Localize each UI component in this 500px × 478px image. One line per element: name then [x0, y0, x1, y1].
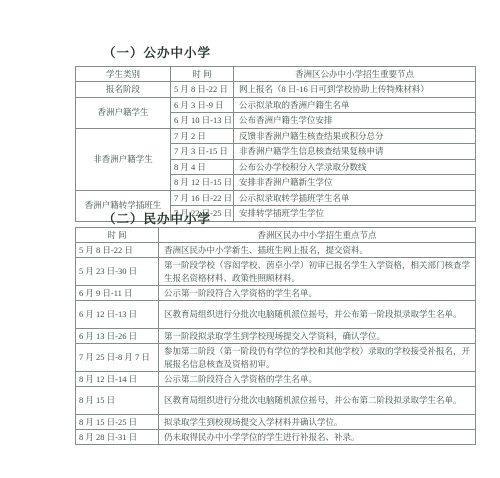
section-title-public-schools: （一）公办中小学 — [103, 43, 211, 61]
cell-item: 公布公办学校积分入学录取分数线 — [234, 159, 476, 175]
cell-item: 拟录取学生到校现场提交入学材料并确认学位。 — [159, 415, 476, 430]
cell-item: 非香洲户籍学生信息核查结果复核申请 — [234, 144, 476, 160]
cell-time: 7 月 3 日-15 日 — [171, 144, 234, 160]
cell-time: 6 月 13 日-26 日 — [76, 329, 159, 344]
cell-time: 8 月 12 日-14 日 — [76, 372, 159, 387]
cell-item: 第一阶段拟录取学生到学校现场提交入学资料，确认学位。 — [159, 329, 476, 344]
column-header-key-points: 香洲区民办中小学招生重点节点 — [159, 228, 476, 243]
cell-time: 8 月 15 日 — [76, 387, 159, 415]
table-row: 非香洲户籍学生 7 月 2 日 反馈非香洲户籍生核查结果或积分总分 — [76, 128, 476, 144]
cell-item: 第一阶段学校（容闳学校、茵卓小学）初审已报名学生入学资格，相关部门核查学生报名资… — [159, 258, 476, 286]
table-row: 报名阶段 5 月 8 日-22 日 网上报名（8 日-16 日可到学校协助上传特… — [76, 82, 476, 98]
cell-item: 公示第一阶段符合入学资格的学生名单。 — [159, 286, 476, 301]
cell-time: 5 月 8 日-22 日 — [76, 243, 159, 258]
cell-time: 8 月 28 日-31 日 — [76, 430, 159, 445]
private-schools-schedule-table: 时 间 香洲区民办中小学招生重点节点 5 月 8 日-22 日 香洲区民办中小学… — [75, 227, 476, 445]
cell-time: 7 月 25 日-8 月 7 日 — [76, 344, 159, 372]
cell-time: 6 月 3 日-9 日 — [171, 97, 234, 113]
table-header-row: 学生类别 时 间 香洲区公办中小学招生重要节点 — [76, 67, 476, 82]
cell-time: 8 月 12 日-15 日 — [171, 175, 234, 191]
cell-item: 公示第二阶段符合入学资格的学生名单。 — [159, 372, 476, 387]
table-row: 8 月 15 日-25 日 拟录取学生到校现场提交入学材料并确认学位。 — [76, 415, 476, 430]
table-row: 6 月 13 日-26 日 第一阶段拟录取学生到学校现场提交入学资料，确认学位。 — [76, 329, 476, 344]
cell-time: 6 月 12 日-13 日 — [76, 301, 159, 329]
cell-category: 报名阶段 — [76, 82, 171, 98]
cell-time: 6 月 10 日-13 日 — [171, 113, 234, 129]
cell-time: 8 月 4 日 — [171, 159, 234, 175]
cell-time: 7 月 2 日 — [171, 128, 234, 144]
public-schools-schedule-table: 学生类别 时 间 香洲区公办中小学招生重要节点 报名阶段 5 月 8 日-22 … — [75, 66, 476, 222]
cell-item: 香洲区民办中小学新生、插班生网上报名，提交资料。 — [159, 243, 476, 258]
table-row: 7 月 25 日-8 月 7 日 参加第二阶段（第一阶段仍有学位的学校和其他学校… — [76, 344, 476, 372]
cell-item: 安排非香洲户籍新生学位 — [234, 175, 476, 191]
cell-category: 非香洲户籍学生 — [76, 128, 171, 190]
cell-item: 安排转学插班学生学位 — [234, 206, 476, 222]
cell-item: 参加第二阶段（第一阶段仍有学位的学校和其他学校）录取的学校接受补报名，开展报名信… — [159, 344, 476, 372]
column-header-time: 时 间 — [76, 228, 159, 243]
column-header-key-points: 香洲区公办中小学招生重要节点 — [234, 67, 476, 82]
column-header-student-category: 学生类别 — [76, 67, 171, 82]
table-row: 香洲户籍转学插班生 7 月 16 日-22 日 公示拟录取转学插班学生名单 — [76, 190, 476, 206]
cell-time: 6 月 9 日-11 日 — [76, 286, 159, 301]
table-row: 香洲户籍学生 6 月 3 日-9 日 公示拟录取的香洲户籍生名单 — [76, 97, 476, 113]
cell-category: 香洲户籍学生 — [76, 97, 171, 128]
cell-item: 公示拟录取转学插班学生名单 — [234, 190, 476, 206]
cell-item: 反馈非香洲户籍生核查结果或积分总分 — [234, 128, 476, 144]
cell-time: 5 月 23 日-30 日 — [76, 258, 159, 286]
table-row: 5 月 8 日-22 日 香洲区民办中小学新生、插班生网上报名，提交资料。 — [76, 243, 476, 258]
cell-item: 公示拟录取的香洲户籍生名单 — [234, 97, 476, 113]
table-row: 6 月 9 日-11 日 公示第一阶段符合入学资格的学生名单。 — [76, 286, 476, 301]
cell-item: 区教育局组织进行分批次电脑随机派位摇号，并公布第二阶段拟录取学生名单。 — [159, 387, 476, 415]
cell-time: 5 月 8 日-22 日 — [171, 82, 234, 98]
cell-item: 网上报名（8 日-16 日可到学校协助上传特殊材料） — [234, 82, 476, 98]
cell-time: 7 月 16 日-22 日 — [171, 190, 234, 206]
cell-item: 公布香洲户籍生学位安排 — [234, 113, 476, 129]
table-header-row: 时 间 香洲区民办中小学招生重点节点 — [76, 228, 476, 243]
document-page: （一）公办中小学 学生类别 时 间 香洲区公办中小学招生重要节点 报名阶段 5 … — [0, 0, 500, 478]
cell-time: 8 月 15 日-25 日 — [76, 415, 159, 430]
cell-item: 区教育局组织进行分批次电脑随机派位摇号，并公布第一阶段拟录取学生名单。 — [159, 301, 476, 329]
table-row: 8 月 15 日 区教育局组织进行分批次电脑随机派位摇号，并公布第二阶段拟录取学… — [76, 387, 476, 415]
table-row: 6 月 12 日-13 日 区教育局组织进行分批次电脑随机派位摇号，并公布第一阶… — [76, 301, 476, 329]
table-row: 8 月 28 日-31 日 仍未取得民办中小学学位的学生进行补报名、补录。 — [76, 430, 476, 445]
table-row: 5 月 23 日-30 日 第一阶段学校（容闳学校、茵卓小学）初审已报名学生入学… — [76, 258, 476, 286]
section-title-private-schools: （二）民办中小学 — [103, 209, 211, 227]
cell-item: 仍未取得民办中小学学位的学生进行补报名、补录。 — [159, 430, 476, 445]
table-row: 8 月 12 日-14 日 公示第二阶段符合入学资格的学生名单。 — [76, 372, 476, 387]
column-header-time: 时 间 — [171, 67, 234, 82]
